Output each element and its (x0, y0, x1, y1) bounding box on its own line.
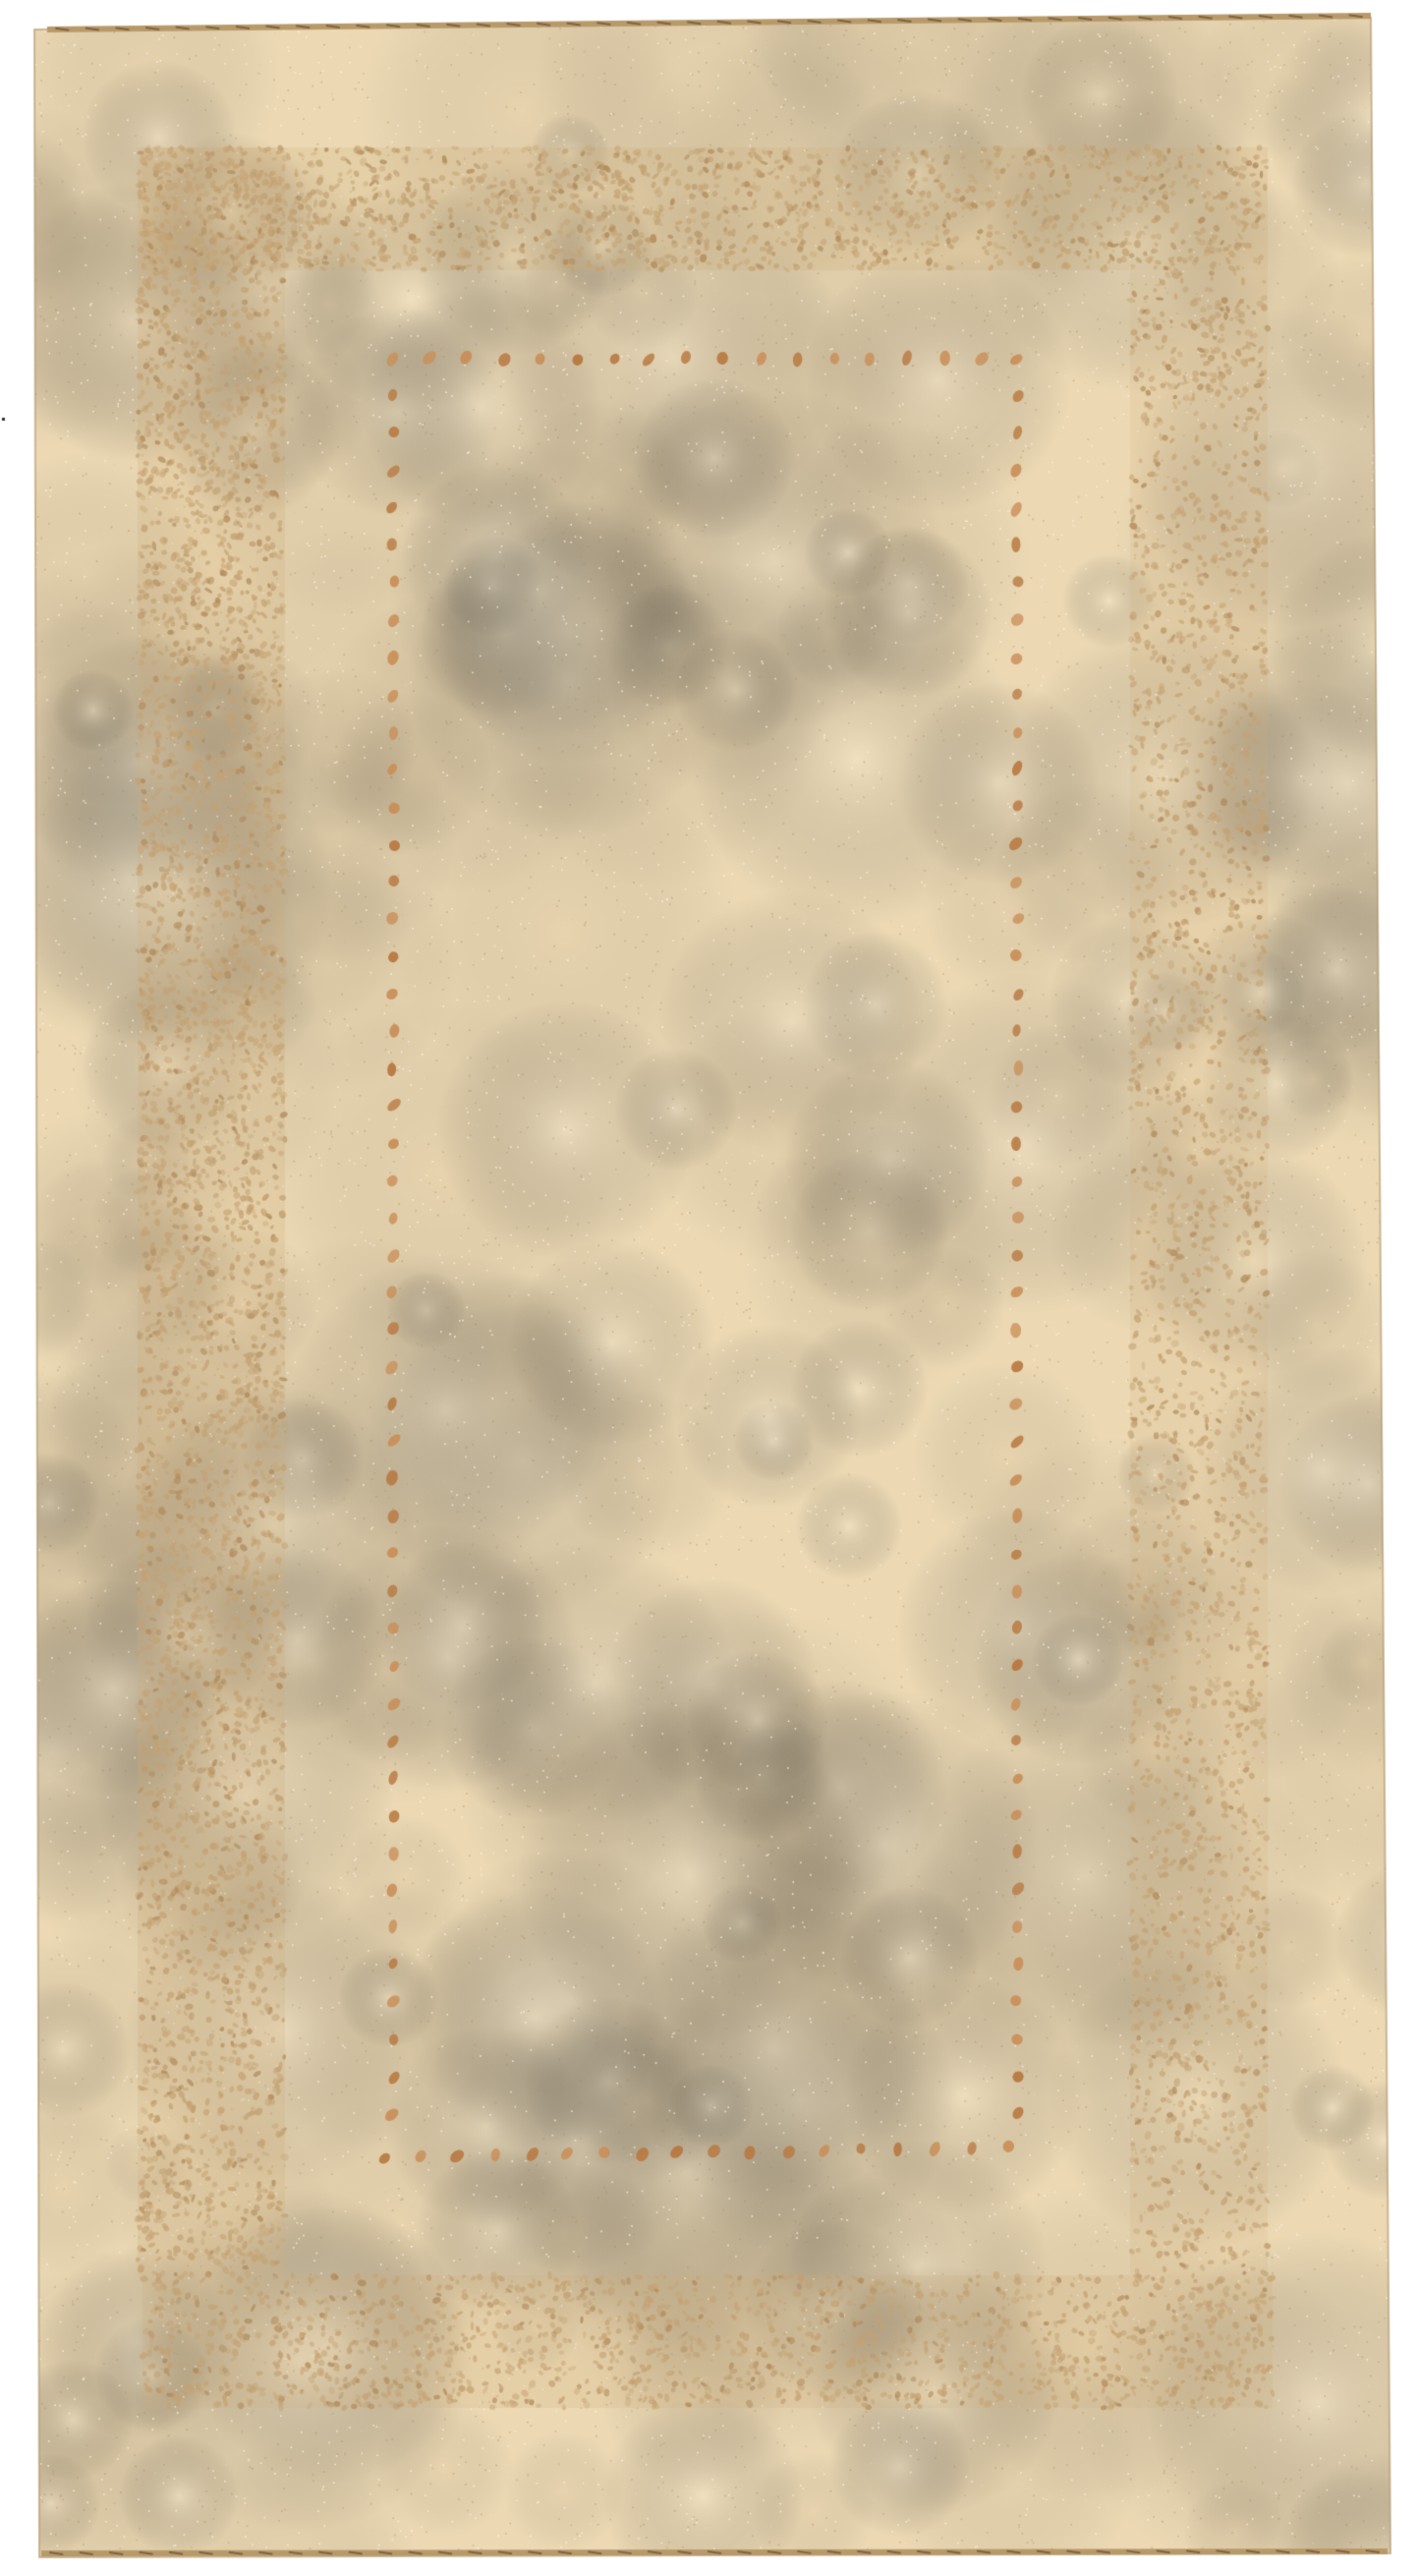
rug (0, 0, 1420, 2576)
rug-photo (0, 0, 1420, 2576)
rug-texture-canvas (0, 0, 1420, 2576)
